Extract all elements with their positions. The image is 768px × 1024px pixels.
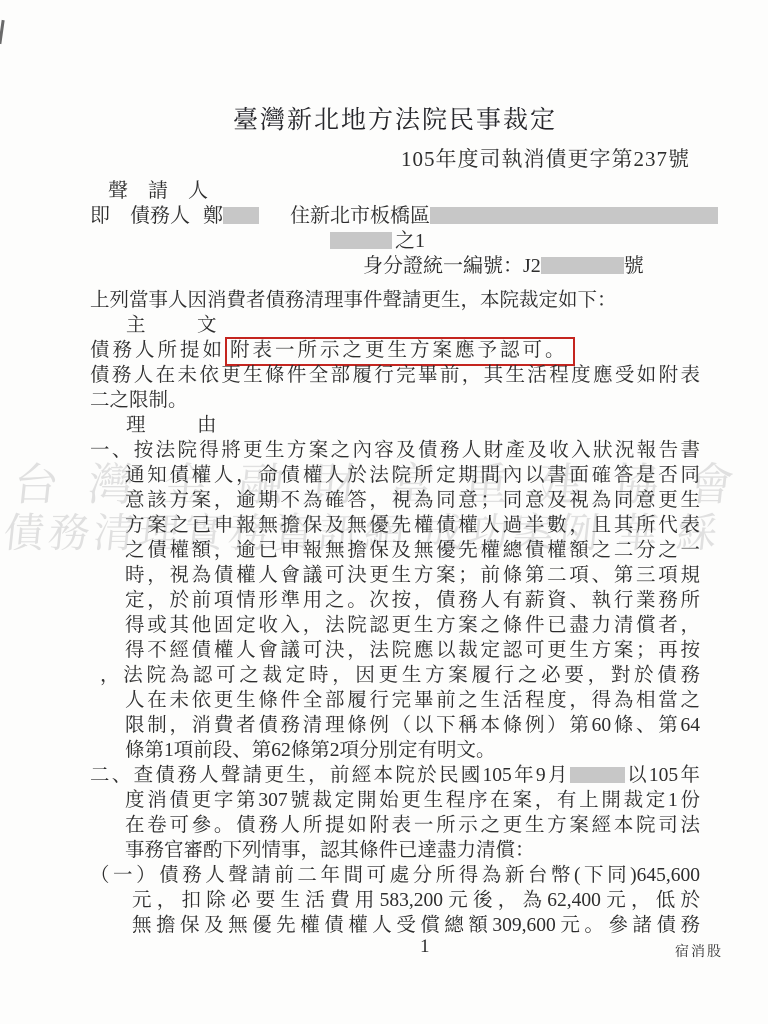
redaction-box-name <box>223 207 259 224</box>
line-text: 事務官審酌下列情事，認其條件已達盡力清償： <box>125 840 535 861</box>
address-line-1: 住新北市板橋區 <box>290 204 718 229</box>
id-label: 身分證統一編號：J2 <box>363 255 541 277</box>
body-line: 主 文 <box>126 313 700 338</box>
body-line: 元，扣除必要生活費用583,200元後，為62,400元，低於 <box>132 888 700 913</box>
line-text: 時，視為債權人會議可決更生方案；前條第二項、第三項規 <box>125 565 700 586</box>
line-text: ，法院為認可之裁定時，因更生方案履行之必要，對於債務 <box>100 665 700 686</box>
body-line: 意該方案，逾期不為確答，視為同意；同意及視為同意更生 <box>125 488 700 513</box>
court-ruling-scan-page: 台灣金融財富重建協會 債務清理實務資訊網 成功案例 華 綵 臺灣新北地方法院民事… <box>0 0 768 1024</box>
redaction-box-id <box>541 257 624 274</box>
body-line: 之債權額，逾已申報無擔保及無優先權總債權額之二分之一 <box>125 538 700 563</box>
line-text: 意該方案，逾期不為確答，視為同意；同意及視為同意更生 <box>125 490 700 511</box>
body-line: 限制，消費者債務清理條例（以下稱本條例）第60條、第64 <box>125 713 700 738</box>
body-line: 債務人所提如附表一所示之更生方案應予認可。 <box>90 338 700 363</box>
body-lines: 上列當事人因消費者債務清理事件聲請更生，本院裁定如下：主 文債務人所提如附表一所… <box>90 288 700 938</box>
redaction-box-date <box>570 767 625 783</box>
body-line: 債務人在未依更生條件全部履行完畢前，其生活程度應受如附表 <box>90 363 700 388</box>
body-line: 理 由 <box>126 413 700 438</box>
line-text: 得或其他固定收入，法院認更生方案之條件已盡力清償者， <box>125 615 700 636</box>
body-line: 度消債更字第307號裁定開始更生程序在案，有上開裁定1份 <box>125 788 700 813</box>
line-text: （一）債務人聲請前二年間可處分所得為新台幣(下同)645,600 <box>90 865 700 886</box>
body-line: 無擔保及無優先權債權人受償總額309,600元。參諸債務 <box>132 913 700 938</box>
body-line: 在卷可參。債務人所提如附表一所示之更生方案經本院司法 <box>125 813 700 838</box>
body-line: 得或其他固定收入，法院認更生方案之條件已盡力清償者， <box>125 613 700 638</box>
line-text: 得不經債權人會議可決，法院應以裁定認可更生方案；再按 <box>125 640 700 661</box>
parties-block: 聲 請 人 即 債務人鄭 住新北市板橋區 之1 身分證統一編號：J2號 <box>90 179 700 279</box>
body-line: 條第1項前段、第62條第2項分別定有明文。 <box>125 738 700 763</box>
body-line: ，法院為認可之裁定時，因更生方案履行之必要，對於債務 <box>100 663 700 688</box>
line-text: 債務人所提如 <box>90 340 225 361</box>
debtor-line: 即 債務人鄭 住新北市板橋區 <box>90 204 700 229</box>
line-text: 主 文 <box>126 315 233 336</box>
line-text: 上列當事人因消費者債務清理事件聲請更生，本院裁定如下： <box>90 290 617 311</box>
body-line: 二之限制。 <box>90 388 700 413</box>
document-content: 臺灣新北地方法院民事裁定 105年度司執消債更字第237號 聲 請 人 即 債務… <box>0 0 700 938</box>
line-text: 之債權額，逾已申報無擔保及無優先權總債權額之二分之一 <box>125 540 700 561</box>
body-line: 定，於前項情形準用之。次按，債務人有薪資、執行業務所 <box>125 588 700 613</box>
line-text: 方案之已申報無擔保及無優先權債權人過半數，且其所代表 <box>125 515 700 536</box>
line-text: 以105年 <box>625 765 700 786</box>
page-number: 1 <box>420 936 430 958</box>
highlight-red-box: 附表一所示之更生方案應予認可。 <box>225 337 575 366</box>
id-number-line: 身分證統一編號：J2號 <box>90 254 700 279</box>
line-text: 通知債權人，命債權人於法院所定期間內以書面確答是否同 <box>125 465 700 486</box>
line-text: 一、按法院得將更生方案之內容及債務人財產及收入狀況報告書 <box>90 440 700 461</box>
redaction-box-address-2 <box>330 232 392 249</box>
body-line: 二、查債務人聲請更生，前經本院於民國105年9月以105年 <box>90 763 700 788</box>
address-line2-suffix: 之1 <box>395 230 425 252</box>
body-line: 方案之已申報無擔保及無優先權債權人過半數，且其所代表 <box>125 513 700 538</box>
body-line: （一）債務人聲請前二年間可處分所得為新台幣(下同)645,600 <box>90 863 700 888</box>
line-text: 定，於前項情形準用之。次按，債務人有薪資、執行業務所 <box>125 590 700 611</box>
line-text: 二之限制。 <box>90 390 188 411</box>
line-text: 條第1項前段、第62條第2項分別定有明文。 <box>125 740 496 761</box>
body-line: 上列當事人因消費者債務清理事件聲請更生，本院裁定如下： <box>90 288 700 313</box>
line-text: 度消債更字第307號裁定開始更生程序在案，有上開裁定1份 <box>125 790 700 811</box>
body-line: 時，視為債權人會議可決更生方案；前條第二項、第三項規 <box>125 563 700 588</box>
address-visible: 住新北市板橋區 <box>290 205 430 227</box>
court-division-stamp: 宿消股 <box>675 941 723 961</box>
line-text: 限制，消費者債務清理條例（以下稱本條例）第60條、第64 <box>125 715 700 736</box>
line-text: 理 由 <box>126 415 233 436</box>
body-line: 人在未依更生條件全部履行完畢前之生活程度，得為相當之 <box>125 688 700 713</box>
address-line-2: 之1 <box>90 229 700 254</box>
document-title: 臺灣新北地方法院民事裁定 <box>90 100 700 136</box>
line-text: 人在未依更生條件全部履行完畢前之生活程度，得為相當之 <box>125 690 700 711</box>
line-text: 二、查債務人聲請更生，前經本院於民國105年9月 <box>90 765 570 786</box>
line-text: 元，扣除必要生活費用583,200元後，為62,400元，低於 <box>132 890 700 911</box>
case-number: 105年度司執消債更字第237號 <box>90 143 700 173</box>
line-text: 無擔保及無優先權債權人受償總額309,600元。參諸債務 <box>132 915 700 936</box>
body-line: 事務官審酌下列情事，認其條件已達盡力清償： <box>125 838 700 863</box>
body-line: 通知債權人，命債權人於法院所定期間內以書面確答是否同 <box>125 463 700 488</box>
redaction-box-address <box>430 207 718 224</box>
line-text: 在卷可參。債務人所提如附表一所示之更生方案經本院司法 <box>125 815 700 836</box>
id-suffix: 號 <box>624 255 644 277</box>
body-line: 一、按法院得將更生方案之內容及債務人財產及收入狀況報告書 <box>90 438 700 463</box>
debtor-label: 即 債務人 <box>90 205 190 227</box>
line-text: 債務人在未依更生條件全部履行完畢前，其生活程度應受如附表 <box>90 365 700 386</box>
body-line: 得不經債權人會議可決，法院應以裁定認可更生方案；再按 <box>125 638 700 663</box>
applicant-label: 聲 請 人 <box>90 179 700 204</box>
debtor-name-visible: 鄭 <box>203 205 223 227</box>
